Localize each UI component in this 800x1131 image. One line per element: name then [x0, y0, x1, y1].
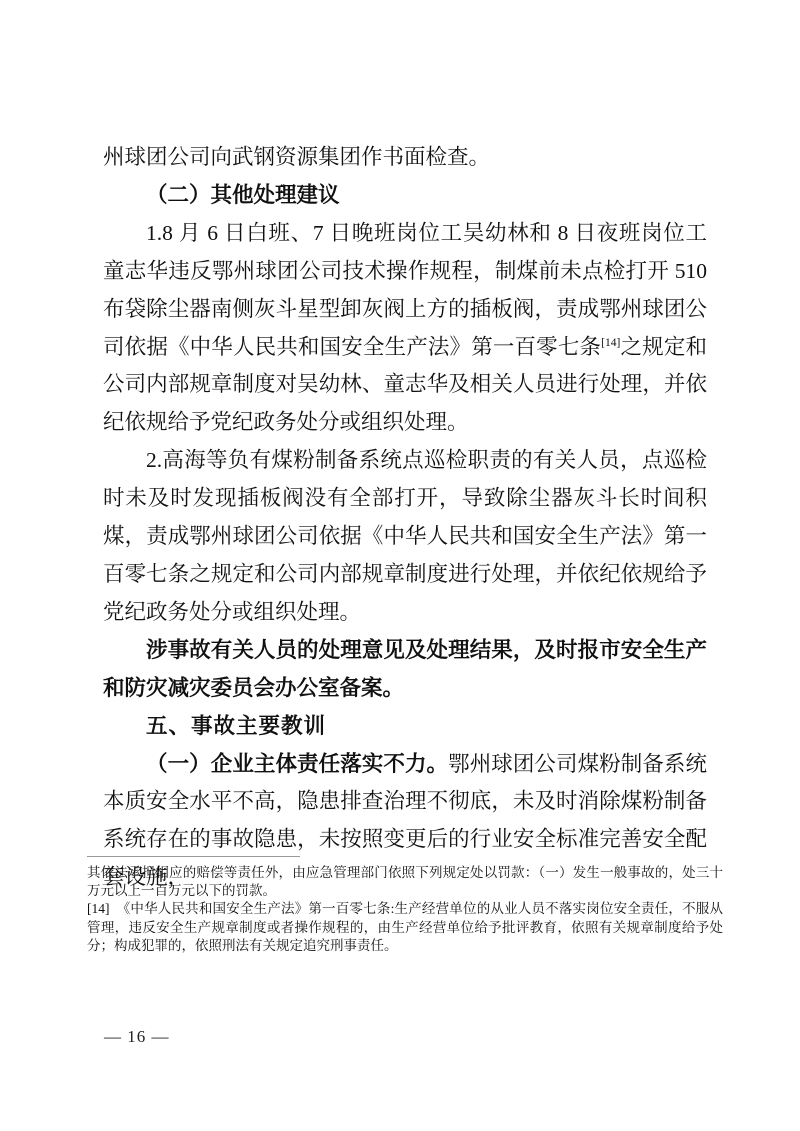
- footnotes-section: 其依法承担相应的赔偿等责任外，由应急管理部门依照下列规定处以罚款：（一）发生一般…: [87, 856, 723, 955]
- footnote-14-text: 《中华人民共和国安全生产法》第一百零七条:生产经营单位的从业人员不落实岗位安全责…: [87, 901, 723, 952]
- footnote-13-continuation: 其依法承担相应的赔偿等责任外，由应急管理部门依照下列规定处以罚款：（一）发生一般…: [87, 864, 723, 900]
- paragraph-filing-requirement: 涉事故有关人员的处理意见及处理结果，及时报市安全生产和防灾减灾委员会办公室备案。: [103, 632, 707, 708]
- lesson-1-lead-phrase: （一）企业主体责任落实不力。: [146, 752, 448, 776]
- footnote-separator-line: [87, 856, 300, 857]
- paragraph-item-2: 2.高海等负有煤粉制备系统点巡检职责的有关人员，点巡检时未及时发现插板阀没有全部…: [103, 442, 707, 632]
- heading-section-five-lessons: 五、事故主要教训: [103, 708, 707, 746]
- footnote-ref-14: [14]: [601, 336, 620, 348]
- document-body: 州球团公司向武钢资源集团作书面检查。 （二）其他处理建议 1.8 月 6 日白班…: [103, 139, 707, 897]
- document-page: 州球团公司向武钢资源集团作书面检查。 （二）其他处理建议 1.8 月 6 日白班…: [0, 0, 800, 1131]
- footnote-14: [14]《中华人民共和国安全生产法》第一百零七条:生产经营单位的从业人员不落实岗…: [87, 900, 723, 955]
- paragraph-item-1: 1.8 月 6 日白班、7 日晚班岗位工吴幼林和 8 日夜班岗位工童志华违反鄂州…: [103, 215, 707, 442]
- page-number: — 16 —: [104, 1027, 170, 1047]
- heading-other-recommendations: （二）其他处理建议: [103, 177, 707, 215]
- paragraph-written-inspection: 州球团公司向武钢资源集团作书面检查。: [103, 139, 707, 177]
- footnote-14-marker: [14]: [87, 901, 110, 916]
